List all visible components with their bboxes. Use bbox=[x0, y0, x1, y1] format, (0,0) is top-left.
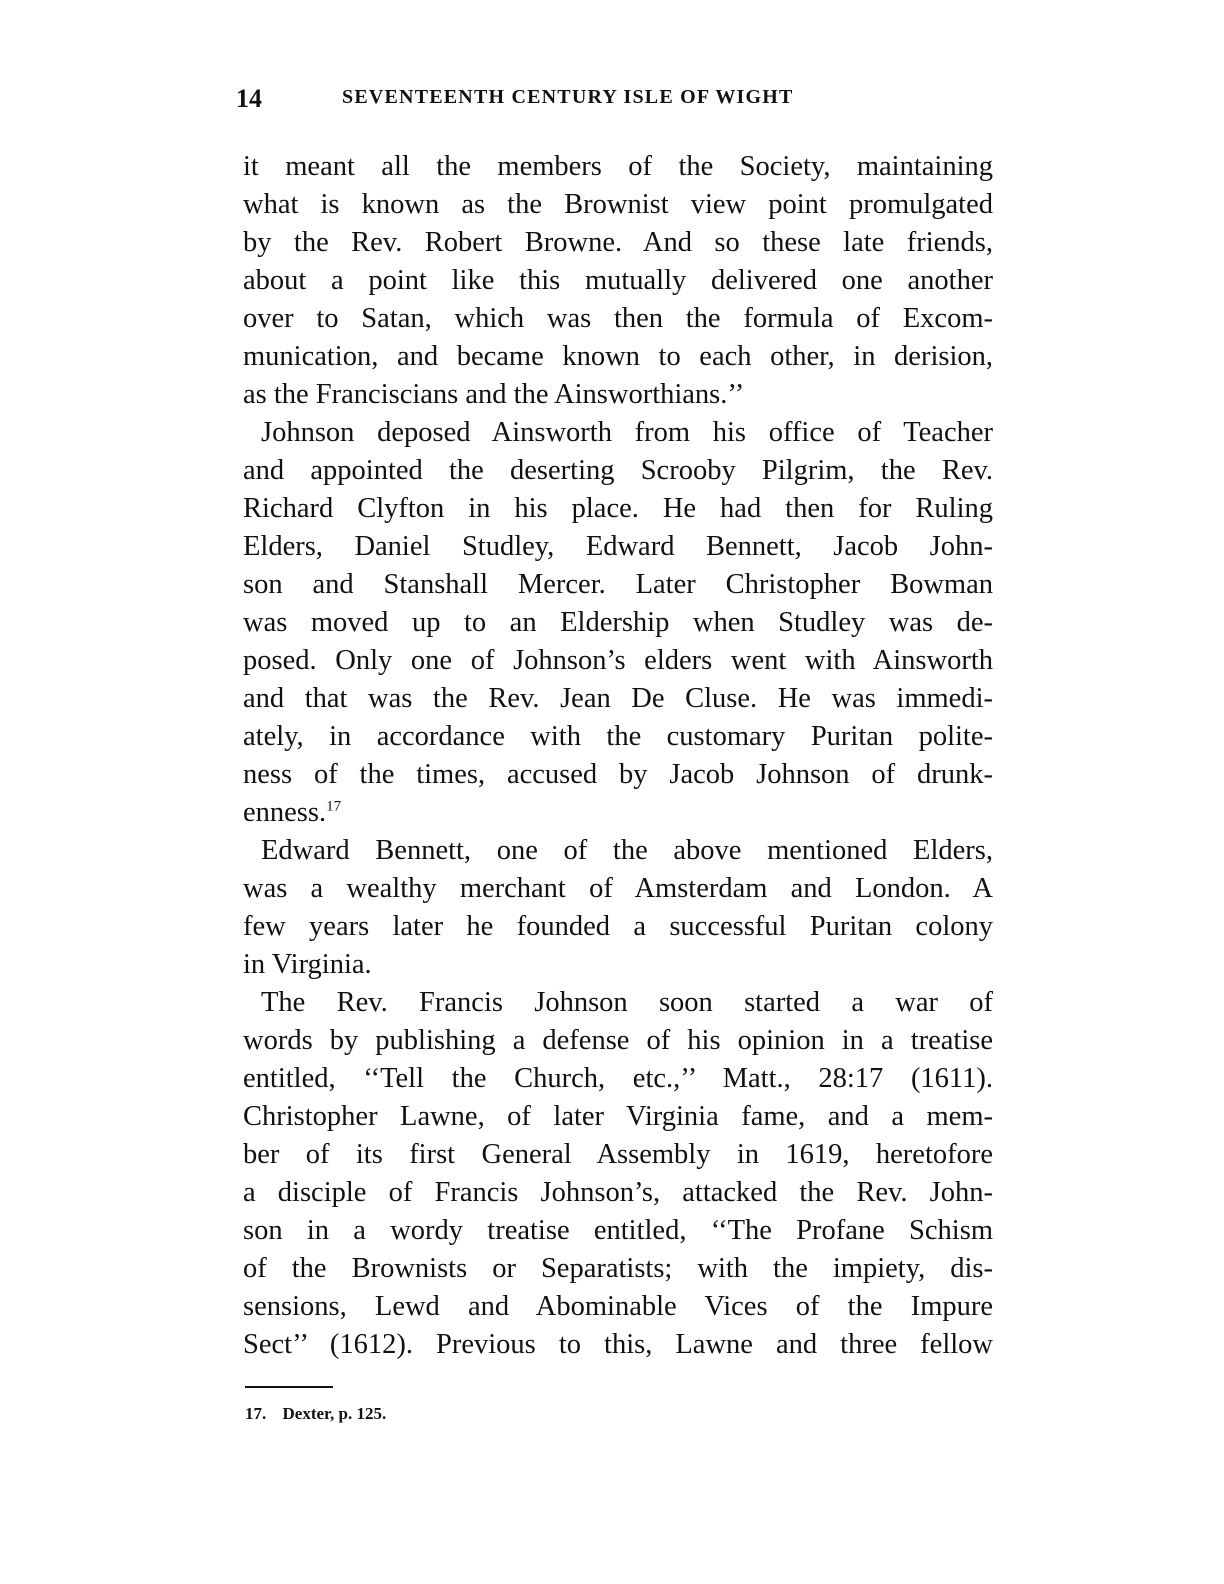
paragraph-3: Edward Bennett, one of the above mention… bbox=[243, 832, 993, 984]
footnote: 17. Dexter, p. 125. bbox=[245, 1404, 386, 1424]
footnote-text: Dexter, p. 125. bbox=[283, 1404, 387, 1423]
text-line: words by publishing a defense of his opi… bbox=[243, 1022, 993, 1060]
text-line: entitled, ‘‘Tell the Church, etc.,’’ Mat… bbox=[243, 1060, 993, 1098]
text-line: by the Rev. Robert Browne. And so these … bbox=[243, 224, 993, 262]
text-line: few years later he founded a successful … bbox=[243, 908, 993, 946]
page-header: 14 SEVENTEENTH CENTURY ISLE OF WIGHT bbox=[236, 84, 996, 120]
body-text: it meant all the members of the Society,… bbox=[243, 148, 993, 1364]
text-line: what is known as the Brownist view point… bbox=[243, 186, 993, 224]
text-line: Johnson deposed Ainsworth from his offic… bbox=[243, 414, 993, 452]
paragraph-4: The Rev. Francis Johnson soon started a … bbox=[243, 984, 993, 1364]
footnote-number: 17. bbox=[245, 1404, 266, 1423]
text-line: munication, and became known to each oth… bbox=[243, 338, 993, 376]
text-line: it meant all the members of the Society,… bbox=[243, 148, 993, 186]
text-line: Richard Clyfton in his place. He had the… bbox=[243, 490, 993, 528]
paragraph-2: Johnson deposed Ainsworth from his offic… bbox=[243, 414, 993, 832]
text-line: ness of the times, accused by Jacob John… bbox=[243, 756, 993, 794]
text-line: about a point like this mutually deliver… bbox=[243, 262, 993, 300]
text-line: Edward Bennett, one of the above mention… bbox=[243, 832, 993, 870]
text-line: The Rev. Francis Johnson soon started a … bbox=[243, 984, 993, 1022]
text-line: son and Stanshall Mercer. Later Christop… bbox=[243, 566, 993, 604]
running-head: SEVENTEENTH CENTURY ISLE OF WIGHT bbox=[342, 86, 794, 109]
text-line: posed. Only one of Johnson’s elders went… bbox=[243, 642, 993, 680]
text-line: in Virginia. bbox=[243, 946, 993, 984]
paragraph-1: it meant all the members of the Society,… bbox=[243, 148, 993, 414]
text-line: sensions, Lewd and Abominable Vices of t… bbox=[243, 1288, 993, 1326]
text-line: was a wealthy merchant of Amsterdam and … bbox=[243, 870, 993, 908]
text-line: of the Brownists or Separatists; with th… bbox=[243, 1250, 993, 1288]
text-line: over to Satan, which was then the formul… bbox=[243, 300, 993, 338]
text-line: and that was the Rev. Jean De Cluse. He … bbox=[243, 680, 993, 718]
text-line: son in a wordy treatise entitled, ‘‘The … bbox=[243, 1212, 993, 1250]
text-line: as the Franciscians and the Ainsworthian… bbox=[243, 376, 993, 414]
text-line-content: enness. bbox=[243, 797, 326, 828]
text-line: ately, in accordance with the customary … bbox=[243, 718, 993, 756]
text-line: enness.17 bbox=[243, 794, 993, 832]
page-number: 14 bbox=[236, 84, 262, 114]
footnote-reference[interactable]: 17 bbox=[326, 799, 341, 815]
text-line: Elders, Daniel Studley, Edward Bennett, … bbox=[243, 528, 993, 566]
text-line: ber of its first General Assembly in 161… bbox=[243, 1136, 993, 1174]
text-line: a disciple of Francis Johnson’s, attacke… bbox=[243, 1174, 993, 1212]
text-line: Sect’’ (1612). Previous to this, Lawne a… bbox=[243, 1326, 993, 1364]
text-line: was moved up to an Eldership when Studle… bbox=[243, 604, 993, 642]
text-line: Christopher Lawne, of later Virginia fam… bbox=[243, 1098, 993, 1136]
book-page: 14 SEVENTEENTH CENTURY ISLE OF WIGHT it … bbox=[0, 0, 1224, 1584]
text-line: and appointed the deserting Scrooby Pilg… bbox=[243, 452, 993, 490]
footnote-divider bbox=[245, 1386, 333, 1388]
